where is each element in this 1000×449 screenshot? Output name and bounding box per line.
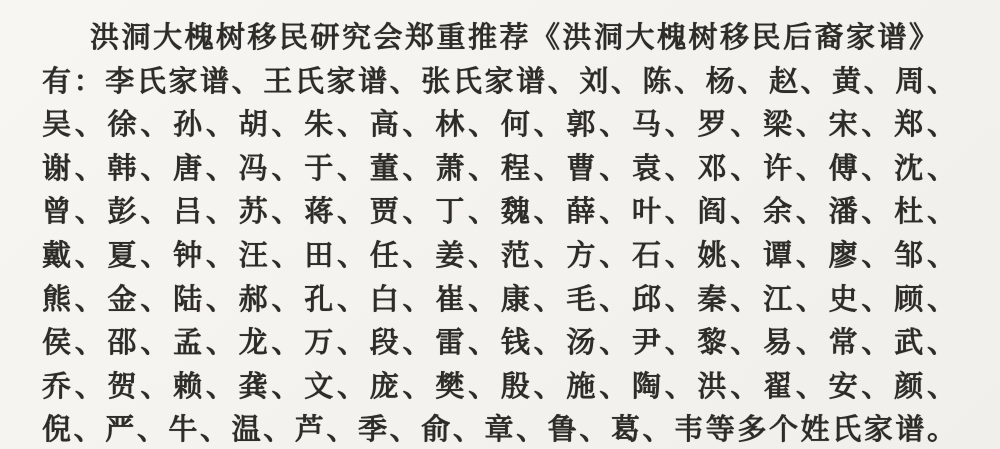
text-block: 洪洞大槐树移民研究会郑重推荐《洪洞大槐树移民后裔家谱》 有：李氏家谱、王氏家谱、…: [42, 16, 956, 449]
surname-line-5: 戴、夏、钟、汪、田、任、姜、范、方、石、姚、谭、廖、邹、: [42, 234, 956, 278]
document-page: 洪洞大槐树移民研究会郑重推荐《洪洞大槐树移民后裔家谱》 有：李氏家谱、王氏家谱、…: [0, 0, 1000, 449]
surname-line-8: 乔、贺、赖、龚、文、庞、樊、殷、施、陶、洪、翟、安、颜、: [42, 365, 956, 409]
surname-line-9: 倪、严、牛、温、芦、季、俞、章、鲁、葛、韦等多个姓氏家谱。: [42, 408, 956, 449]
surname-line-2: 吴、徐、孙、胡、朱、高、林、何、郭、马、罗、梁、宋、郑、: [42, 103, 956, 147]
surname-line-6: 熊、金、陆、郝、孔、白、崔、康、毛、邱、秦、江、史、顾、: [42, 278, 956, 322]
surname-line-3: 谢、韩、唐、冯、于、董、萧、程、曹、袁、邓、许、傅、沈、: [42, 147, 956, 191]
title-line: 洪洞大槐树移民研究会郑重推荐《洪洞大槐树移民后裔家谱》: [90, 16, 938, 60]
surname-line-7: 侯、邵、孟、龙、万、段、雷、钱、汤、尹、黎、易、常、武、: [42, 321, 956, 365]
surname-line-1: 有：李氏家谱、王氏家谱、张氏家谱、刘、陈、杨、赵、黄、周、: [42, 60, 956, 104]
surname-line-4: 曾、彭、吕、苏、蒋、贾、丁、魏、薛、叶、阎、余、潘、杜、: [42, 190, 956, 234]
